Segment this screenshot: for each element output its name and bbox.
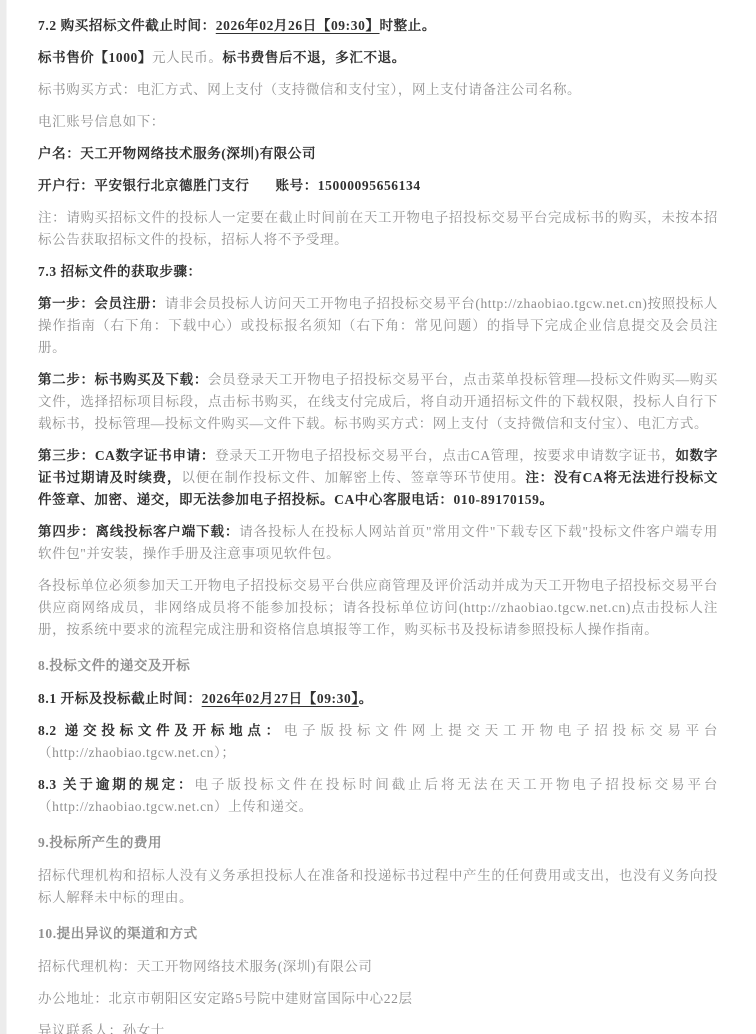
step-1: 第一步：会员注册：请非会员投标人访问天工开物电子招投标交易平台(http://z… [38, 293, 718, 359]
clause-8-1-label: 8.1 开标及投标截止时间： [38, 691, 202, 706]
step-3-label: 第三步：CA数字证书申请： [38, 448, 215, 463]
supplier-requirement-text: 各投标单位必须参加天工开物电子招投标交易平台供应商管理及评价活动并成为天工开物电… [38, 578, 718, 637]
fees-clause-text: 招标代理机构和招标人没有义务承担投标人在准备和投递标书过程中产生的任何费用或支出… [38, 868, 718, 905]
step-2-label: 第二步：标书购买及下载： [38, 372, 208, 387]
wire-info-intro-text: 电汇账号信息如下： [38, 114, 165, 129]
price-amount: 标书售价【1000】 [38, 50, 152, 65]
step-1-label: 第一步：会员注册： [38, 296, 165, 311]
step-4-label: 第四步：离线投标客户端下载： [38, 524, 239, 539]
clause-7-2-label: 7.2 购买招标文件截止时间： [38, 18, 216, 33]
tender-price: 标书售价【1000】元人民币。标书费售后不退，多汇不退。 [38, 47, 718, 69]
price-no-refund: 标书费售后不退，多汇不退。 [223, 50, 406, 65]
agency-row: 招标代理机构：天工开物网络技术服务(深圳)有限公司 [38, 956, 718, 978]
clause-8-1-date: 2026年02月27日【09:30】 [202, 691, 359, 706]
agency-name: 招标代理机构：天工开物网络技术服务(深圳)有限公司 [38, 959, 373, 974]
bank-name: 开户行：平安银行北京德胜门支行 [38, 178, 250, 193]
section-8-heading: 8.投标文件的递交及开标 [38, 655, 718, 677]
purchase-note-text: 注：请购买招标文件的投标人一定要在截止时间前在天工开物电子招投标交易平台完成标书… [38, 210, 718, 247]
page-left-edge [0, 0, 7, 1034]
step-3-body-1: 登录天工开物电子招投标交易平台，点击CA管理，按要求申请数字证书， [215, 448, 675, 463]
office-address: 办公地址：北京市朝阳区安定路5号院中建财富国际中心22层 [38, 991, 413, 1006]
wire-info-intro: 电汇账号信息如下： [38, 111, 718, 133]
purchase-note: 注：请购买招标文件的投标人一定要在截止时间前在天工开物电子招投标交易平台完成标书… [38, 207, 718, 251]
account-name-row: 户名：天工开物网络技术服务(深圳)有限公司 [38, 143, 718, 165]
clause-7-3-heading: 7.3 招标文件的获取步骤： [38, 261, 718, 283]
section-9-heading: 9.投标所产生的费用 [38, 832, 718, 854]
objection-contact: 异议联系人：孙女士 [38, 1023, 165, 1034]
clause-7-2-date: 2026年02月26日【09:30】 [216, 18, 380, 33]
fees-clause: 招标代理机构和招标人没有义务承担投标人在准备和投递标书过程中产生的任何费用或支出… [38, 865, 718, 909]
supplier-requirement: 各投标单位必须参加天工开物电子招投标交易平台供应商管理及评价活动并成为天工开物电… [38, 575, 718, 641]
clause-8-3: 8.3 关于逾期的规定：电子版投标文件在投标时间截止后将无法在天工开物电子招投标… [38, 774, 718, 818]
clause-7-2-deadline: 7.2 购买招标文件截止时间：2026年02月26日【09:30】时整止。 [38, 15, 718, 37]
objection-contact-row: 异议联系人：孙女士 [38, 1020, 718, 1034]
step-4: 第四步：离线投标客户端下载：请各投标人在投标人网站首页"常用文件"下载专区下载"… [38, 521, 718, 565]
bank-account-row: 开户行：平安银行北京德胜门支行账号：15000095656134 [38, 175, 718, 197]
clause-8-3-label: 8.3 关于逾期的规定： [38, 777, 194, 792]
clause-8-1: 8.1 开标及投标截止时间：2026年02月27日【09:30】。 [38, 688, 718, 710]
price-currency: 元人民币。 [152, 50, 223, 65]
purchase-method: 标书购买方式：电汇方式、网上支付（支持微信和支付宝），网上支付请备注公司名称。 [38, 79, 718, 101]
clause-8-2-label: 8.2 递交投标文件及开标地点： [38, 723, 284, 738]
office-address-row: 办公地址：北京市朝阳区安定路5号院中建财富国际中心22层 [38, 988, 718, 1010]
clause-7-2-tail: 时整止。 [380, 18, 436, 33]
tender-notice-body: 7.2 购买招标文件截止时间：2026年02月26日【09:30】时整止。 标书… [38, 15, 718, 1034]
step-3: 第三步：CA数字证书申请：登录天工开物电子招投标交易平台，点击CA管理，按要求申… [38, 445, 718, 511]
account-name: 户名：天工开物网络技术服务(深圳)有限公司 [38, 146, 316, 161]
clause-8-1-tail: 。 [359, 691, 373, 706]
step-3-body-2: 以便在制作投标文件、加解密上传、签章等环节使用。 [181, 470, 525, 485]
clause-7-3-label: 7.3 招标文件的获取步骤： [38, 264, 202, 279]
document-page: 7.2 购买招标文件截止时间：2026年02月26日【09:30】时整止。 标书… [0, 0, 756, 1034]
clause-8-2: 8.2 递交投标文件及开标地点：电子版投标文件网上提交天工开物电子招投标交易平台… [38, 720, 718, 764]
purchase-method-text: 标书购买方式：电汇方式、网上支付（支持微信和支付宝），网上支付请备注公司名称。 [38, 82, 581, 97]
step-2: 第二步：标书购买及下载：会员登录天工开物电子招投标交易平台，点击菜单投标管理—投… [38, 369, 718, 435]
account-number: 账号：15000095656134 [276, 178, 421, 193]
section-10-heading: 10.提出异议的渠道和方式 [38, 923, 718, 945]
